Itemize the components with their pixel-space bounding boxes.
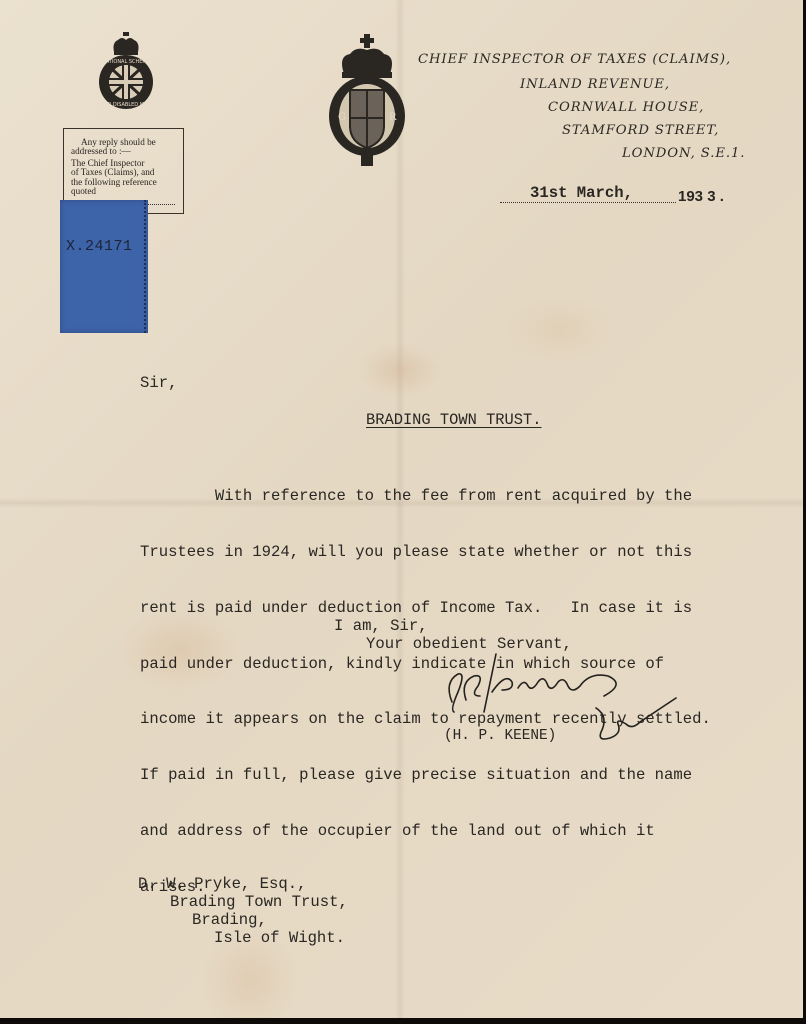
svg-text:R: R xyxy=(389,112,397,123)
salutation: Sir, xyxy=(140,374,177,392)
recipient-org: Brading Town Trust, xyxy=(170,893,348,911)
letterhead-office: CHIEF INSPECTOR OF TAXES (CLAIMS), xyxy=(418,52,731,67)
reference-tab: X.24171 xyxy=(60,200,148,333)
signatory-name: (H. P. KEENE) xyxy=(444,728,556,744)
royal-coat-of-arms-icon: G R xyxy=(326,34,408,168)
date-dotted-line xyxy=(500,202,676,203)
recipient-region: Isle of Wight. xyxy=(214,929,345,947)
svg-text:FOR DISABLED MEN: FOR DISABLED MEN xyxy=(101,102,151,108)
svg-text:NATIONAL SCHEME: NATIONAL SCHEME xyxy=(102,59,150,65)
date-year: 193 3 . xyxy=(678,188,724,205)
letterhead-building: CORNWALL HOUSE, xyxy=(548,100,704,115)
svg-text:G: G xyxy=(338,112,346,123)
recipient-town: Brading, xyxy=(192,911,267,929)
letterhead-street: STAMFORD STREET, xyxy=(562,123,719,138)
reference-number: X.24171 xyxy=(66,238,133,255)
perforation-line xyxy=(144,200,146,333)
letterhead-department: INLAND REVENUE, xyxy=(520,77,670,92)
date-day-month: 31st March, xyxy=(530,184,633,202)
recipient-name: D. W. Pryke, Esq., xyxy=(138,875,306,893)
letter-paper: NATIONAL SCHEME FOR DISABLED MEN G R CHI… xyxy=(0,0,803,1018)
subject-heading: BRADING TOWN TRUST. xyxy=(366,411,541,429)
letterhead-city: LONDON, S.E.1. xyxy=(622,146,745,161)
closing-line-1: I am, Sir, xyxy=(334,617,428,635)
closing-line-2: Your obedient Servant, xyxy=(366,635,572,653)
national-scheme-disabled-men-badge-icon: NATIONAL SCHEME FOR DISABLED MEN xyxy=(96,30,156,112)
